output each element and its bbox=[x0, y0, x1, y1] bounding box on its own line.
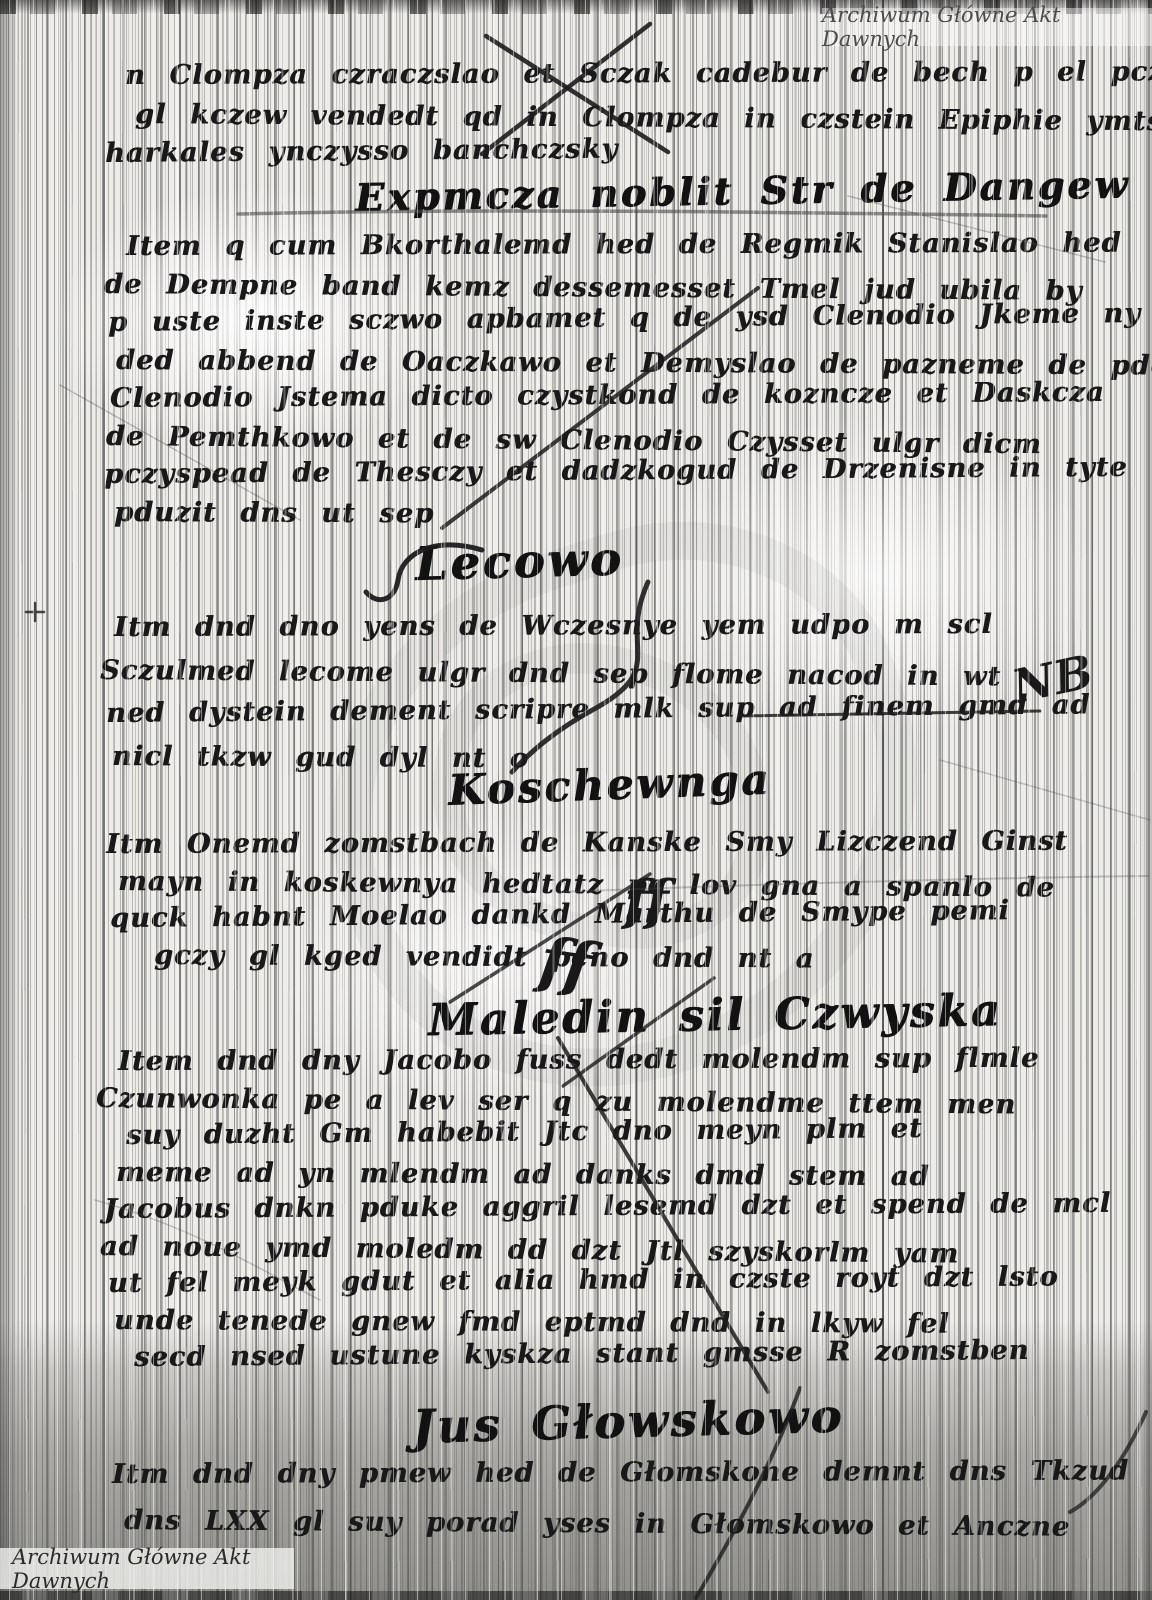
watermark-top-label: Archiwum Główne Akt Dawnych bbox=[822, 3, 1138, 51]
manuscript-line: Clenodio Jstema dicto czystkond de koznc… bbox=[110, 374, 1152, 418]
text-block-glowskowo: Itm dnd dny pmew hed de Głomskone demnt … bbox=[88, 1452, 1129, 1544]
manuscript-line: Itm Onemd zomstbach de Kanske Smy Lizcze… bbox=[106, 823, 1068, 863]
text-block-maledin: Item dnd dny Jacobo fuss dedt molendm su… bbox=[92, 1043, 1111, 1376]
manuscript-line: Itm dnd dno yens de Wczesnye yem udpo m … bbox=[114, 603, 1091, 649]
manuscript-line: pczyspead de Thesczy et dadzkogud de Drz… bbox=[104, 449, 1152, 494]
manuscript-line: p uste inste sczwo apbamet q de ysd Clen… bbox=[108, 295, 1152, 342]
text-block-dangew: Item q cum Bkorthalemd hed de Regmik Sta… bbox=[98, 228, 1152, 532]
manuscript-line: suy duzht Gm habebit Jtc dno meyn plm et bbox=[126, 1108, 1112, 1154]
section-heading-maledin: Maledin sil Czwyska bbox=[428, 985, 1003, 1046]
manuscript-line: secd nsed ustune kyskza stant gmsse R zo… bbox=[134, 1331, 1111, 1376]
manuscript-line: ut fel meyk gdut et alia hmd in czste ro… bbox=[108, 1258, 1111, 1302]
manuscript-line: n Clompza czraczslao et Sczak cadebur de… bbox=[125, 52, 1152, 95]
paragraph-mark: ff bbox=[624, 868, 669, 932]
watermark-bottom-label: Archiwum Główne Akt Dawnych bbox=[12, 1545, 294, 1593]
manuscript-line: ned dystein dement scripre mlk sup ad fi… bbox=[106, 683, 1091, 735]
manuscript-line: Item q cum Bkorthalemd hed de Regmik Sta… bbox=[126, 224, 1152, 266]
left-edge-shade bbox=[0, 0, 18, 1600]
manuscript-line: Itm dnd dny pmew hed de Głomskone demnt … bbox=[112, 1448, 1129, 1498]
manuscript-line: dns LXX gl suy porad yses in Głomskowo e… bbox=[124, 1498, 1129, 1551]
manuscript-line: pduzit dns ut sep bbox=[114, 494, 1152, 537]
section-heading-lecowo: Lecowo bbox=[414, 531, 624, 590]
manuscript-line: gczy gl kged vendidt peno dnd nt a bbox=[154, 937, 1068, 979]
text-block-lecowo: Itm dnd dno yens de Wczesnye yem udpo m … bbox=[92, 606, 1090, 778]
watermark-top: Archiwum Główne Akt Dawnych bbox=[822, 8, 1152, 46]
scanned-manuscript-page: n Clompza czraczslao et Sczak cadebur de… bbox=[0, 0, 1152, 1600]
text-block-top: n Clompza czraczslao et Sczak cadebur de… bbox=[100, 56, 1152, 173]
section-heading-glowskowo: Jus Głowskowo bbox=[411, 1388, 844, 1453]
plus-margin-mark bbox=[26, 603, 44, 621]
manuscript-line: Jacobus dnkn pduke aggril lesemd dzt et … bbox=[104, 1185, 1111, 1228]
watermark-bottom: Archiwum Główne Akt Dawnych bbox=[0, 1548, 294, 1589]
manuscript-line: Item dnd dny Jacobo fuss dedt molendm su… bbox=[118, 1040, 1111, 1080]
paragraph-mark: ff bbox=[535, 923, 596, 1002]
